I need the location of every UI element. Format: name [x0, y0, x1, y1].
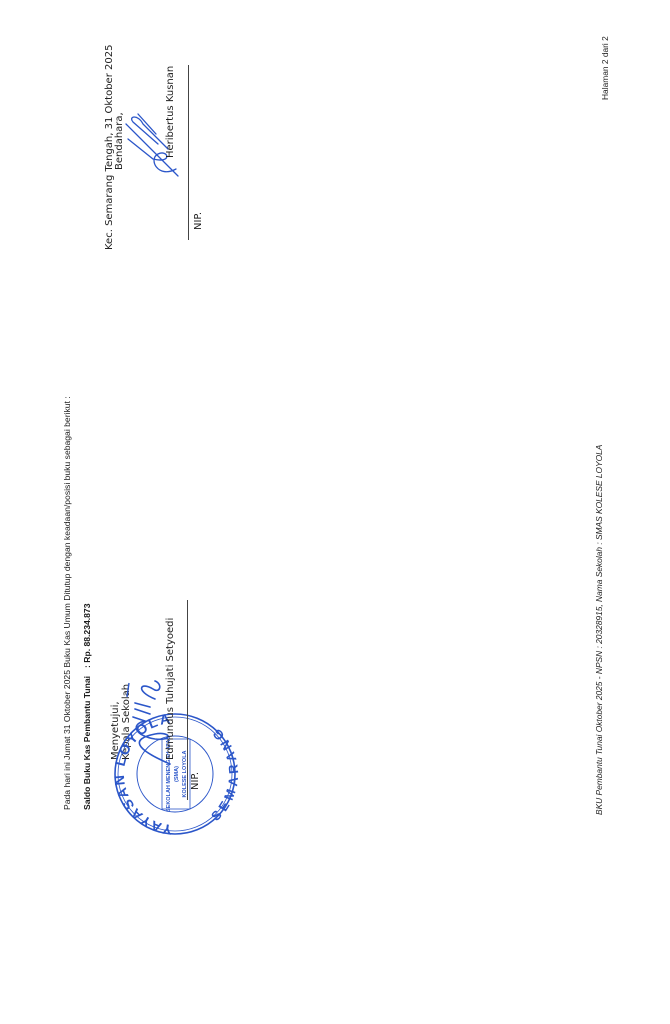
- document-page: Pada hari ini Jumat 31 Oktober 2025 Buku…: [0, 0, 670, 1024]
- balance-value: : Rp. 88.234.873: [82, 604, 92, 669]
- page-number: Halaman 2 dari 2: [600, 36, 610, 100]
- principal-nip-label: NIP.: [190, 772, 201, 790]
- treasurer-nip-label: NIP.: [193, 212, 204, 230]
- footer-text: BKU Pembantu Tunai Oktober 2025 - NPSN :…: [594, 445, 604, 815]
- balance-label: Saldo Buku Kas Pembantu Tunai: [82, 676, 92, 810]
- principal-name: Edmundus Tuhujati Setyoedi: [165, 618, 176, 760]
- treasurer-name: Heribertus Kusnan: [165, 66, 176, 158]
- treasurer-signature-line: [188, 65, 189, 240]
- principal-signature-line: [187, 600, 188, 800]
- statement-intro: Pada hari ini Jumat 31 Oktober 2025 Buku…: [62, 396, 72, 810]
